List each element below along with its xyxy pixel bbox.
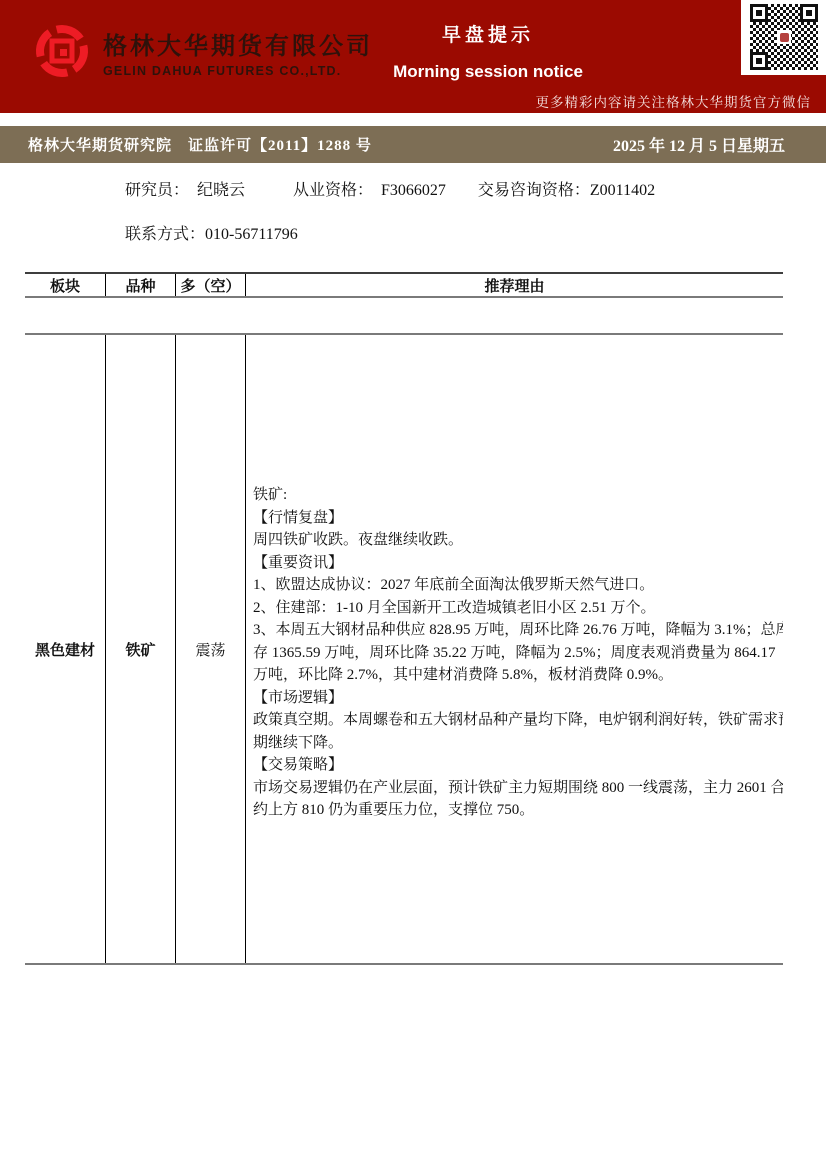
wechat-note: 更多精彩内容请关注格林大华期货官方微信 (536, 91, 812, 111)
date-label: 2025 年 12 月 5 日星期五 (613, 133, 785, 156)
notice-title-en: Morning session notice (380, 62, 596, 82)
institute-license-label: 格林大华期货研究院 证监许可【2011】1288 号 (28, 134, 372, 155)
info-bar: 格林大华期货研究院 证监许可【2011】1288 号 2025 年 12 月 5… (0, 126, 826, 163)
qr-finder-icon (750, 52, 768, 70)
qr-pattern (750, 4, 818, 70)
table-header-row: 板块 品种 多（空） 推荐理由 (25, 272, 783, 298)
cell-sector: 黑色建材 (25, 335, 105, 963)
qr-code (741, 0, 826, 75)
page: 格林大华期货有限公司 GELIN DAHUA FUTURES CO.,LTD. … (0, 0, 826, 1169)
qr-center-logo-icon (777, 30, 791, 44)
cell-position: 震荡 (175, 335, 245, 963)
researcher-contact: 联系方式：010-56711796 (125, 221, 298, 244)
qr-finder-icon (800, 4, 818, 22)
company-name: 格林大华期货有限公司 GELIN DAHUA FUTURES CO.,LTD. (103, 26, 373, 78)
table-row: 黑色建材 铁矿 震荡 铁矿: 【行情复盘】 周四铁矿收跌。夜盘继续收跌。 【重要… (25, 333, 783, 965)
header-cell-reason: 推荐理由 (245, 274, 783, 296)
reason-text: 铁矿: 【行情复盘】 周四铁矿收跌。夜盘继续收跌。 【重要资讯】 1、欧盟达成协… (253, 484, 783, 822)
company-name-en: GELIN DAHUA FUTURES CO.,LTD. (103, 64, 373, 78)
qr-finder-icon (750, 4, 768, 22)
notice-title: 早盘提示 Morning session notice (380, 20, 596, 82)
company-logo-icon (33, 22, 91, 80)
masthead: 格林大华期货有限公司 GELIN DAHUA FUTURES CO.,LTD. … (0, 0, 826, 113)
cell-variety: 铁矿 (105, 335, 175, 963)
header-cell-variety: 品种 (105, 274, 175, 296)
header-cell-sector: 板块 (25, 274, 105, 296)
notice-title-zh: 早盘提示 (380, 20, 596, 47)
researcher-credentials: 研究员： 纪晓云 从业资格： F3066027 交易咨询资格：Z0011402 (125, 177, 655, 200)
header-cell-position: 多（空） (175, 274, 245, 296)
cell-reason: 铁矿: 【行情复盘】 周四铁矿收跌。夜盘继续收跌。 【重要资讯】 1、欧盟达成协… (245, 335, 783, 963)
company-name-zh: 格林大华期货有限公司 (103, 26, 373, 61)
